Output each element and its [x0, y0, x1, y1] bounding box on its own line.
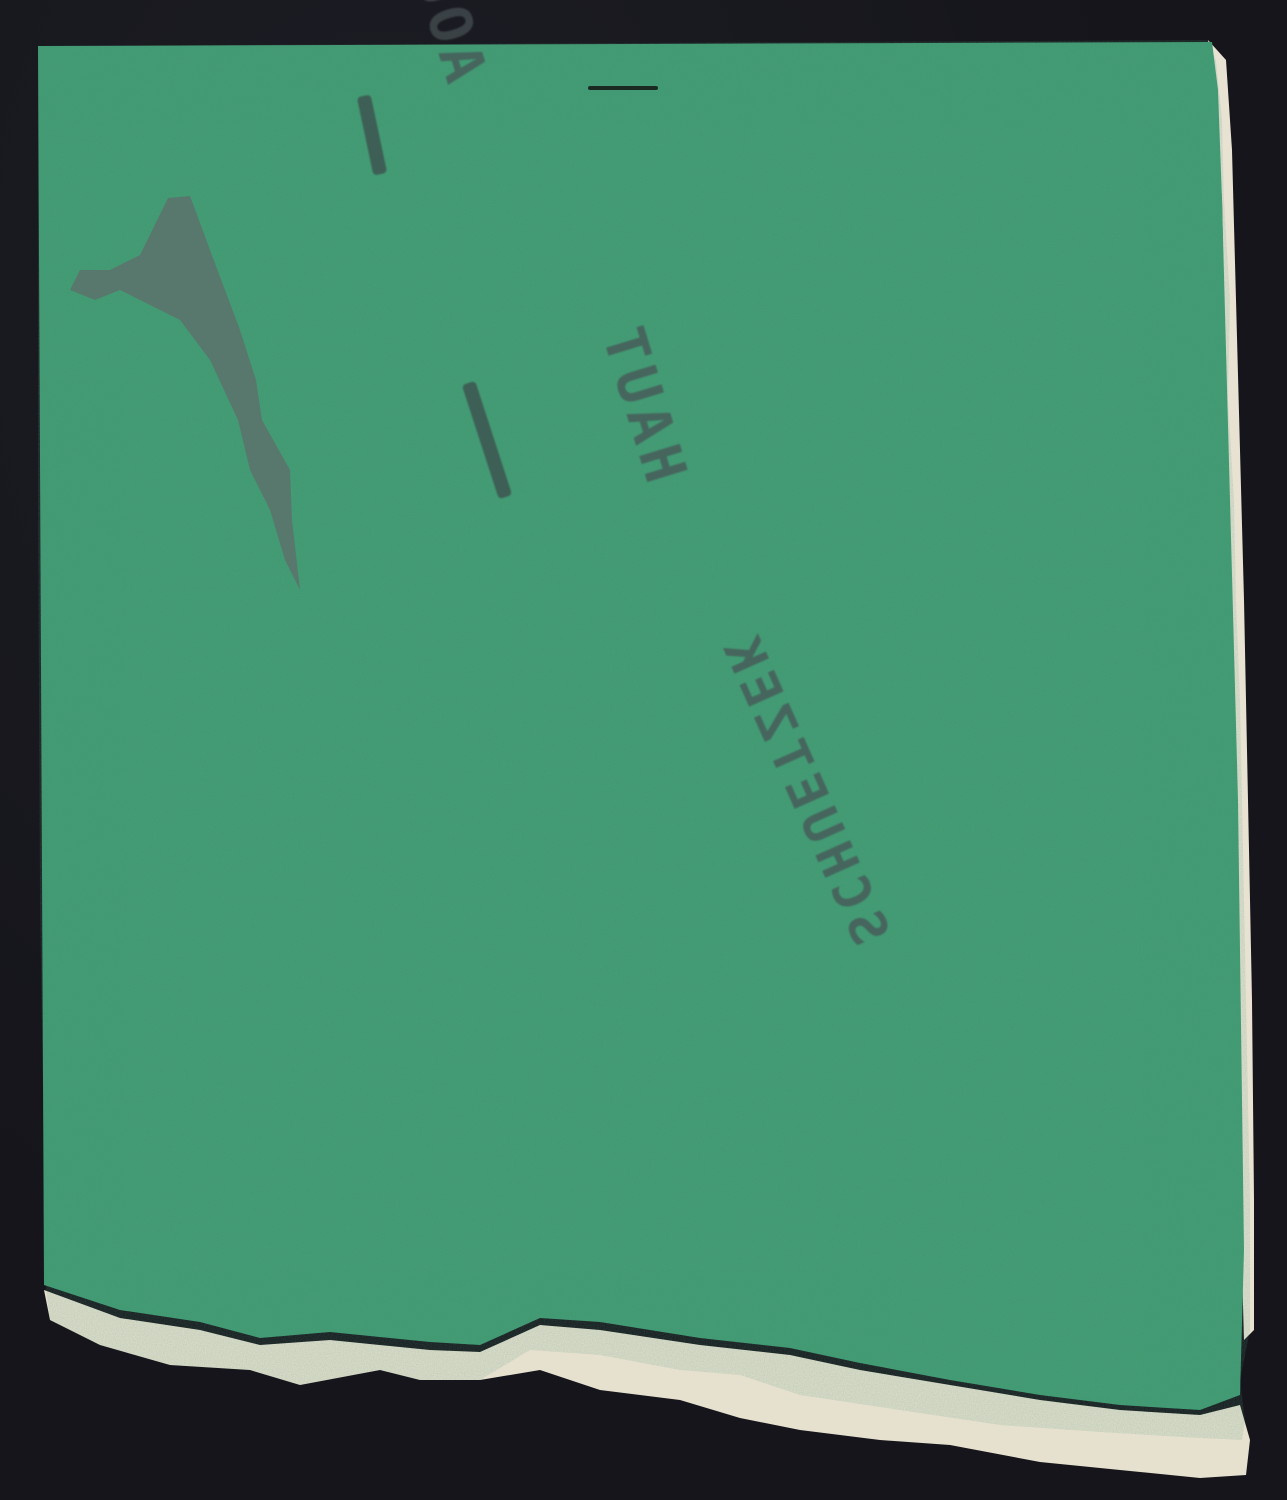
top-scratch-mark: [588, 86, 658, 90]
green-ticket-stub: AOUT 1941 HAUT SCHUETZEK: [0, 0, 1287, 1500]
ticket-paper-shape: [0, 0, 1287, 1500]
